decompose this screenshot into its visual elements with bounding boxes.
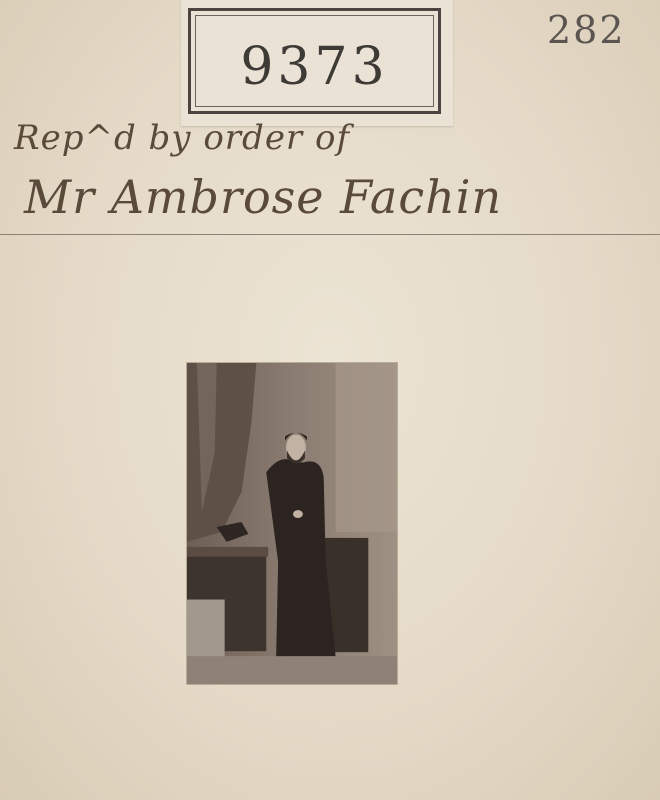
- inscription-line-1: Rep^d by order of: [14, 118, 350, 158]
- inscription-line-2: Mr Ambrose Fachin: [24, 170, 502, 224]
- ruled-line: [0, 234, 660, 235]
- album-page: 9373 282 Rep^d by order of Mr Ambrose Fa…: [0, 0, 660, 800]
- label-frame: 9373: [188, 8, 441, 114]
- catalog-label: 9373: [181, 0, 453, 126]
- portrait-image: [187, 363, 397, 684]
- page-number: 282: [547, 8, 626, 52]
- portrait-photograph: [186, 362, 398, 685]
- catalog-number: 9373: [191, 37, 438, 97]
